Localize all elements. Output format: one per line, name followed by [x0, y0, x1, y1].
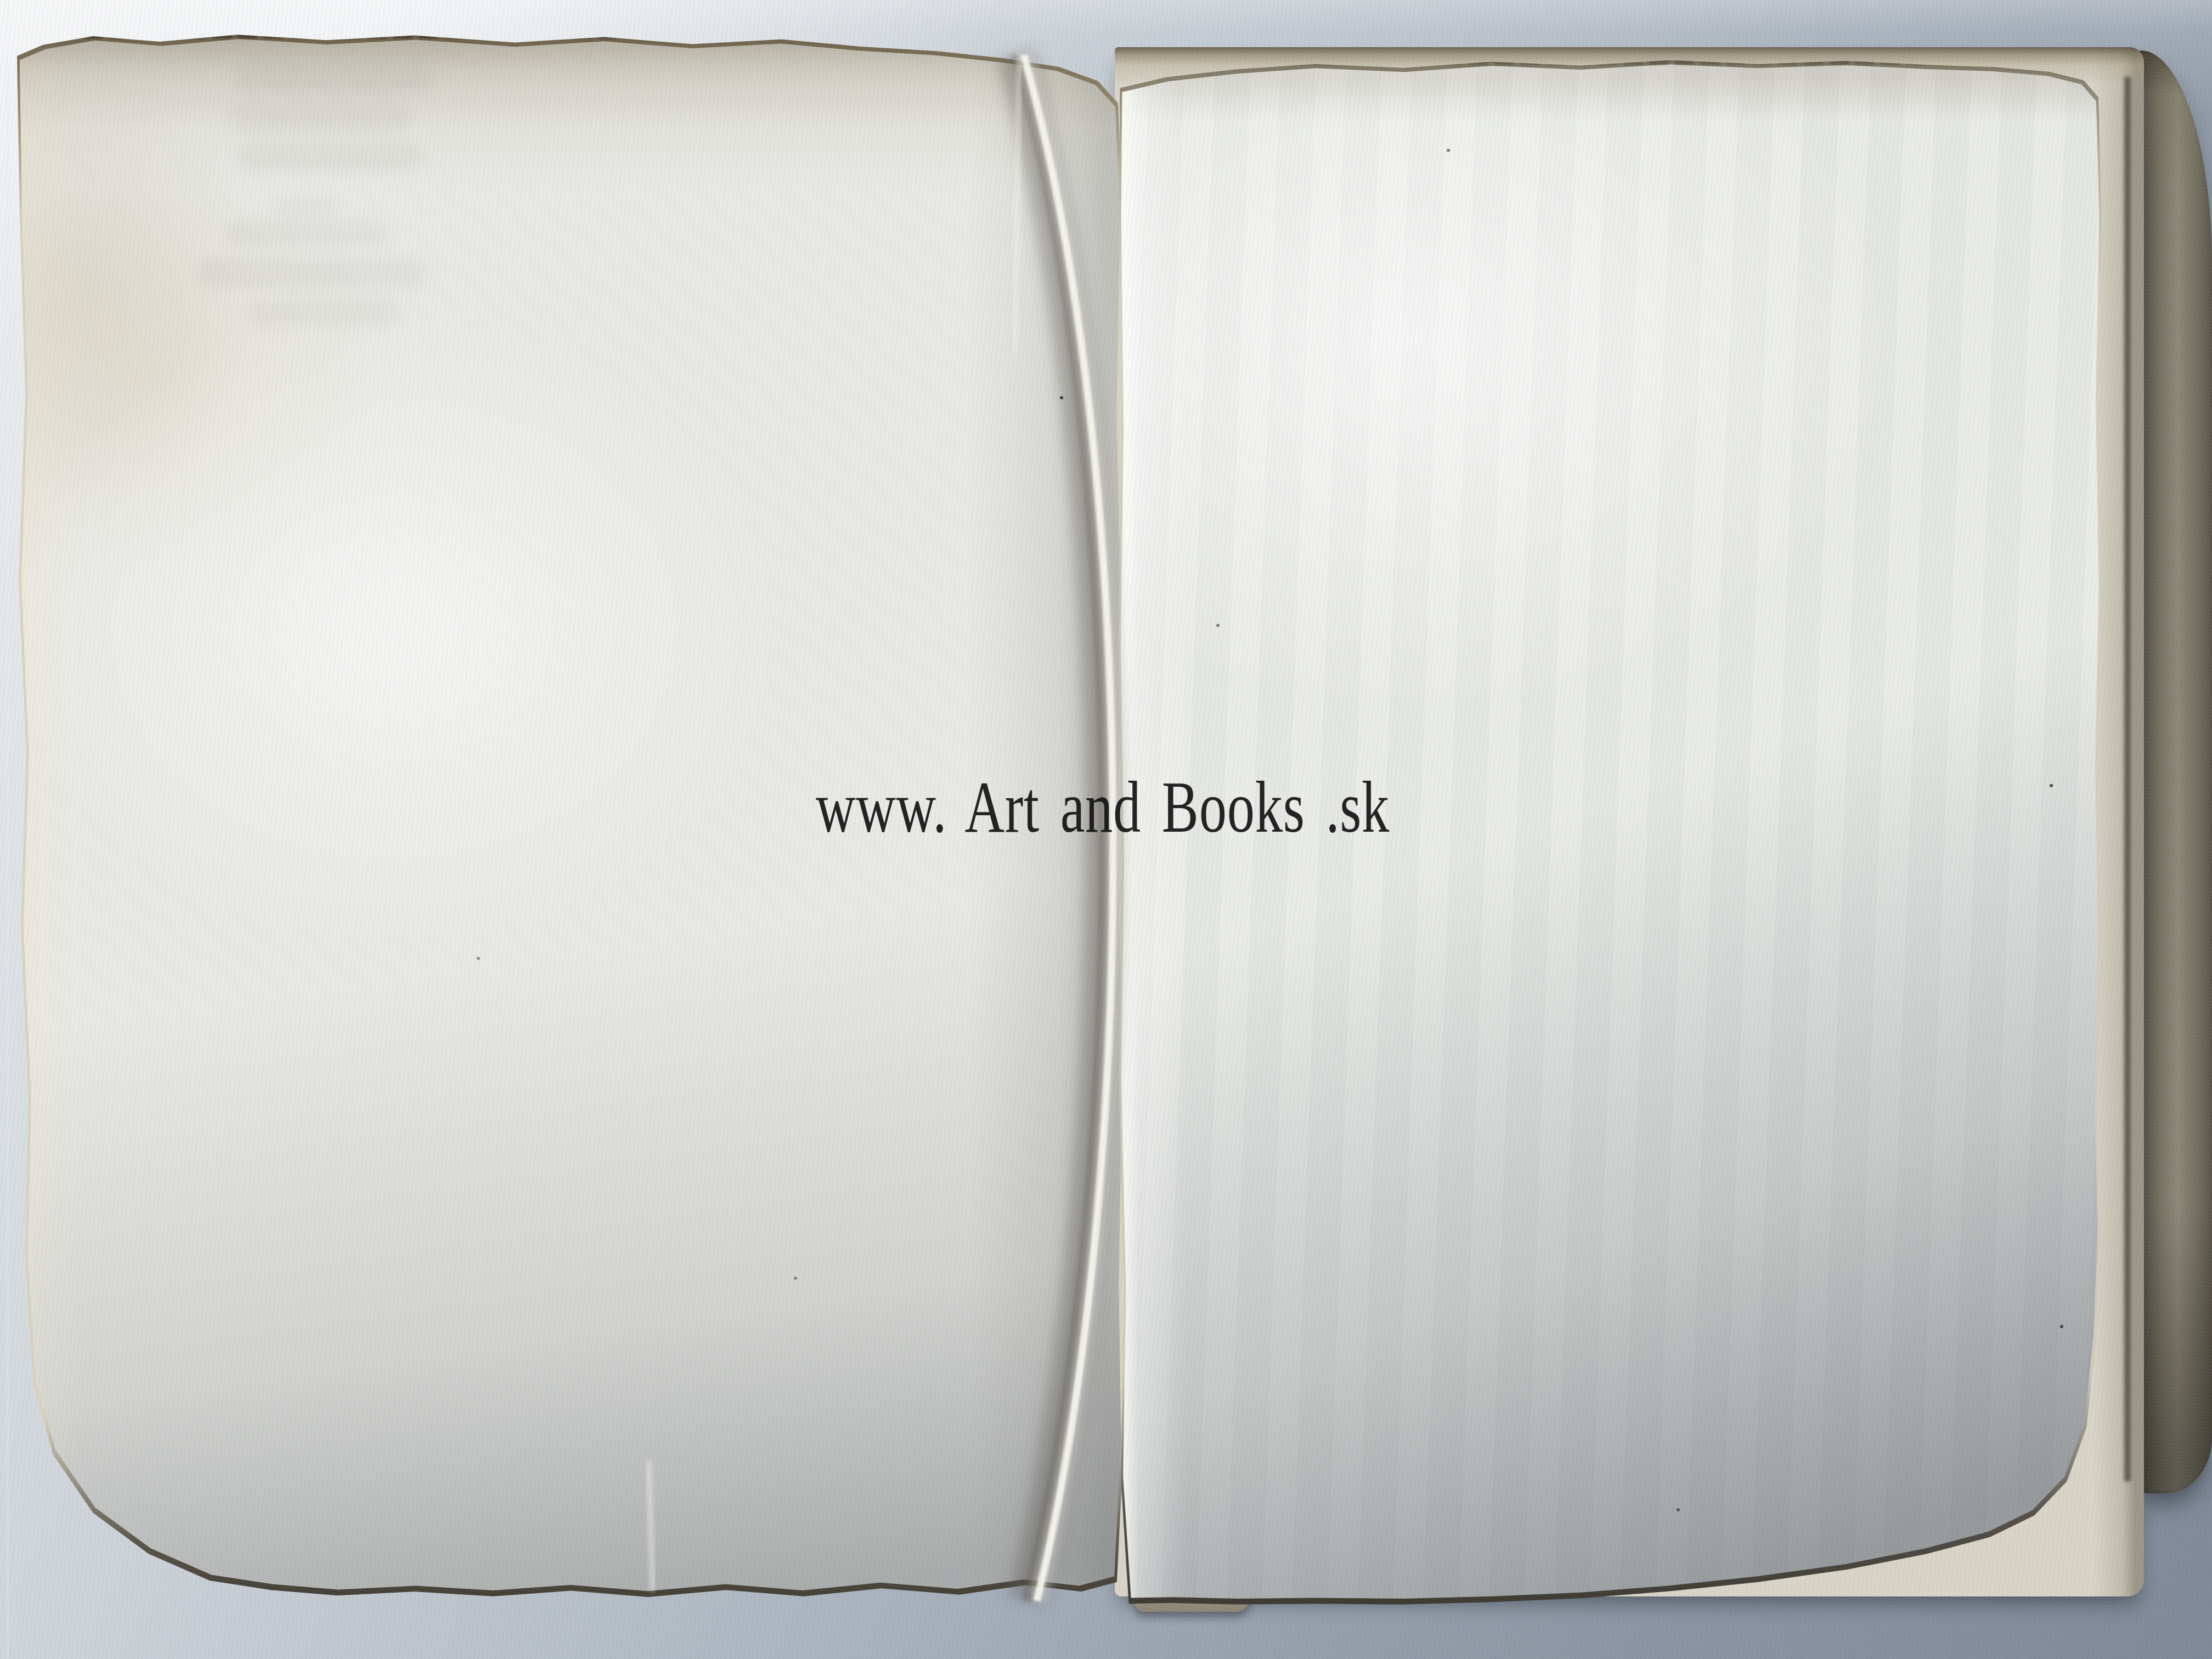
watermark-text: www. Art and Books .sk: [689, 767, 1516, 848]
photo-of-open-book: www. Art and Books .sk: [0, 0, 2212, 1659]
